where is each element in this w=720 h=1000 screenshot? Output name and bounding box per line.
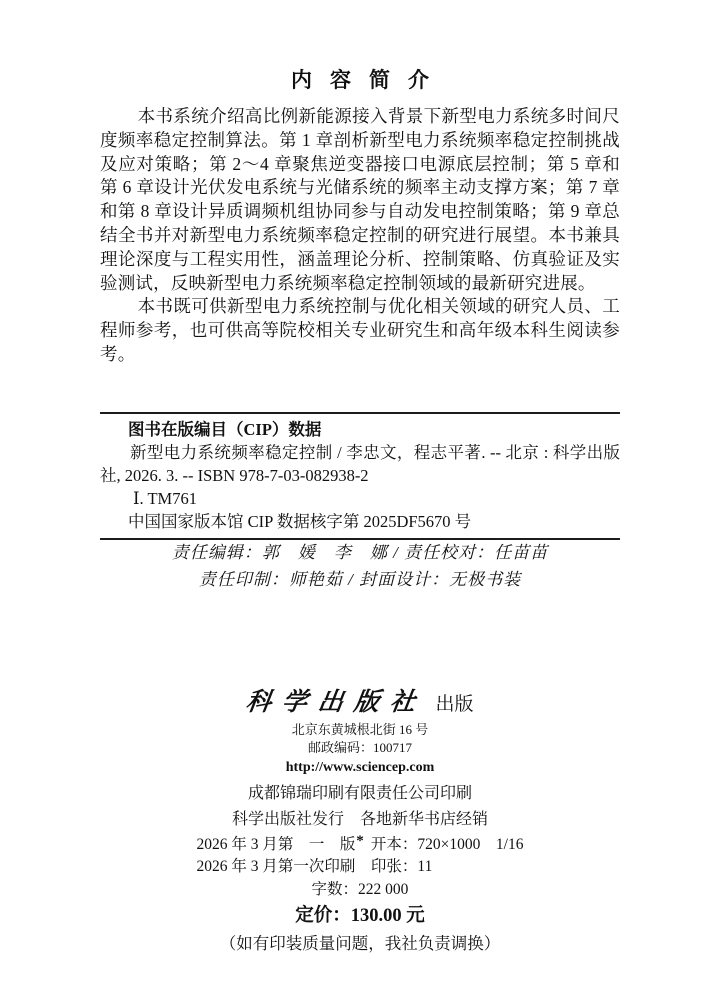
publisher-address: 北京东黄城根北街 16 号	[0, 722, 720, 738]
edition-lines: 2026 年 3 月第 一 版 开本：720×1000 1/16 2026 年 …	[197, 834, 524, 878]
colophon-block: 2026 年 3 月第 一 版 开本：720×1000 1/16 2026 年 …	[0, 834, 720, 955]
quality-note-line: （如有印装质量问题，我社负责调换）	[0, 933, 720, 955]
word-count-line: 字数：222 000	[0, 880, 720, 900]
cip-classification: Ⅰ. TM761	[100, 487, 620, 510]
distribution-line: 科学出版社发行 各地新华书店经销	[0, 810, 720, 830]
edition-line: 2026 年 3 月第 一 版 开本：720×1000 1/16	[197, 834, 524, 856]
printer-line: 成都锦瑞印刷有限责任公司印刷	[0, 784, 720, 804]
intro-text: 本书系统介绍高比例新能源接入背景下新型电力系统多时间尺度频率稳定控制算法。第 1…	[100, 105, 620, 367]
staff-editors-line: 责任编辑：郭 媛 李 娜 / 责任校对：任苗苗	[100, 540, 620, 567]
intro-heading: 内容简介	[100, 64, 620, 94]
staff-credits: 责任编辑：郭 媛 李 娜 / 责任校对：任苗苗 责任印制：师艳茹 / 封面设计：…	[100, 540, 620, 593]
staff-print-design-line: 责任印制：师艳茹 / 封面设计：无极书装	[100, 567, 620, 594]
science-press-logo: 科学出版社	[244, 688, 428, 718]
book-copyright-page: 内容简介 本书系统介绍高比例新能源接入背景下新型电力系统多时间尺度频率稳定控制算…	[0, 0, 720, 1000]
publish-label: 出版	[436, 694, 474, 715]
intro-paragraph-1: 本书系统介绍高比例新能源接入背景下新型电力系统多时间尺度频率稳定控制算法。第 1…	[100, 105, 620, 295]
cip-heading: 图书在版编目（CIP）数据	[100, 418, 620, 441]
intro-heading-text: 内容简介	[291, 64, 447, 94]
cip-registry: 中国国家版本馆 CIP 数据核字第 2025DF5670 号	[100, 510, 620, 533]
publisher-logo-line: 科学出版社 出版	[0, 688, 720, 718]
intro-paragraph-2: 本书既可供新型电力系统控制与优化相关领域的研究人员、工程师参考，也可供高等院校相…	[100, 295, 620, 366]
publisher-website: http://www.sciencep.com	[0, 759, 720, 776]
publisher-block: 科学出版社 出版 北京东黄城根北街 16 号 邮政编码：100717 http:…	[0, 688, 720, 849]
cip-record: 新型电力系统频率稳定控制 / 李忠文，程志平著. -- 北京 : 科学出版社, …	[100, 441, 620, 487]
printing-line: 2026 年 3 月第一次印刷 印张：11	[197, 856, 524, 878]
price-line: 定价：130.00 元	[0, 904, 720, 928]
cip-block: 图书在版编目（CIP）数据 新型电力系统频率稳定控制 / 李忠文，程志平著. -…	[100, 412, 620, 540]
publisher-postcode: 邮政编码：100717	[0, 740, 720, 756]
